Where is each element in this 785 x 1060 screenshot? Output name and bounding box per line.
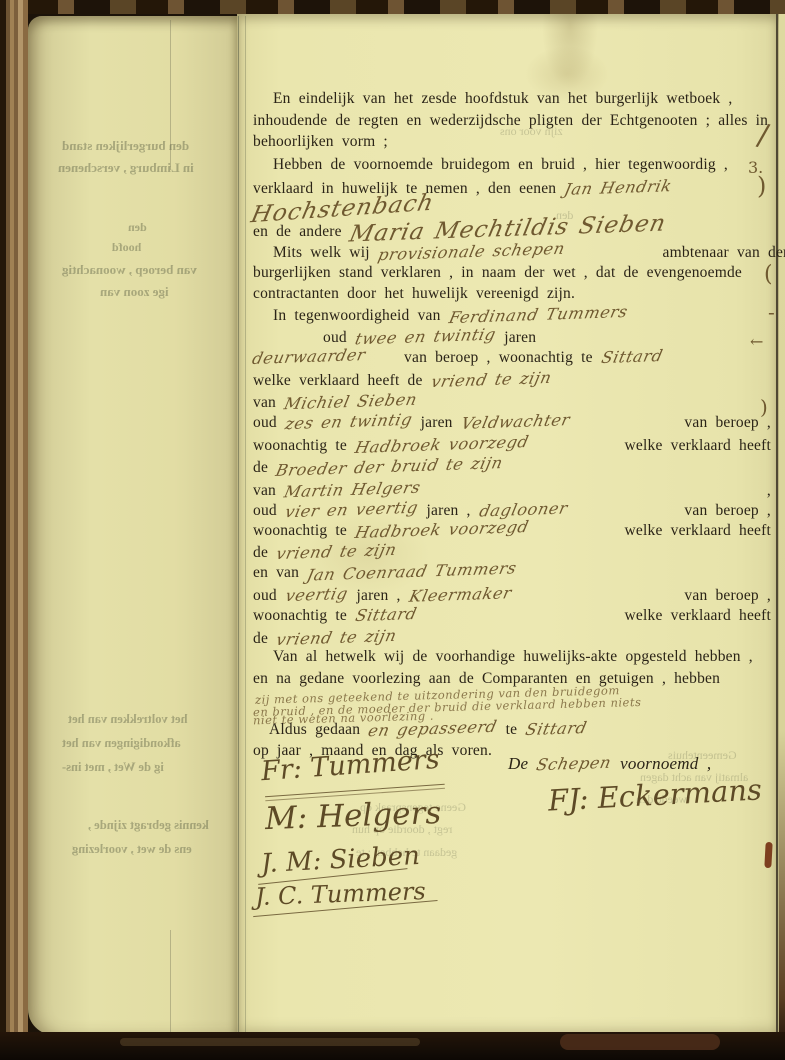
printed-text: jaren (421, 414, 453, 432)
printed-text: woonachtig te (253, 607, 347, 625)
document-line: de Broeder der bruid te zijn (253, 457, 771, 477)
document-line: Mits welk wij provisionale schepen ambte… (253, 242, 785, 262)
printed-text: welke verklaard heeft (625, 437, 771, 455)
printed-text: van (253, 482, 276, 500)
official-title-line: De Schepen voornoemd , (508, 754, 768, 774)
bleed-text: het voltrekken van het (68, 712, 188, 727)
handwritten-official-title: provisionale schepen (376, 239, 567, 264)
document-line: In tegenwoordigheid van Ferdinand Tummer… (253, 305, 785, 325)
document-line: welke verklaard heeft de vriend te zijn (253, 370, 771, 390)
printed-text: , (767, 482, 771, 500)
document-body: En eindelijk van het zesde hoofdstuk van… (253, 0, 771, 1060)
bleed-text: den (128, 220, 147, 235)
signature-helgers: M: Helgers (264, 795, 441, 837)
handwritten-relation: Broeder der bruid te zijn (274, 453, 505, 480)
printed-text: inhoudende de regten en wederzijdsche pl… (253, 112, 768, 130)
printed-text: van beroep , woonachtig te (404, 349, 593, 367)
printed-text: van (253, 394, 276, 412)
printed-text: oud (253, 502, 277, 520)
bleed-text: hoofd (112, 240, 141, 255)
handwritten-relation: vriend te zijn (275, 626, 399, 649)
printed-text: en na gedane voorlezing aan de Comparant… (253, 670, 720, 688)
printed-text: oud (323, 329, 347, 347)
bleed-text: van beroep , woonachtig (62, 262, 197, 278)
book-scan: den burgerlijken stand in Limburg , vers… (0, 0, 785, 1060)
document-line: de vriend te zijn (253, 628, 771, 648)
handwritten-witness1-age: twee en twintig (353, 325, 498, 349)
bleed-text: ige zoon van (100, 284, 169, 300)
document-line: behoorlijken vorm ; (253, 133, 771, 151)
handwritten-witness3-residence: Hadbroek voorzegd (353, 517, 531, 542)
handwritten-schepen: Schepen (535, 753, 614, 775)
document-line: inhoudende de regten en wederzijdsche pl… (253, 112, 771, 130)
document-line: Hebben de voornoemde bruidegom en bruid … (253, 156, 785, 174)
handwritten-witness1-residence: Sittard (599, 346, 664, 367)
printed-text: woonachtig te (253, 437, 347, 455)
handwritten-relation: vriend te zijn (429, 368, 553, 391)
signature-eckermans: FJ: Eckermans (547, 772, 762, 817)
bleed-text: ens de wet , voorlezing (72, 842, 192, 857)
printed-text: En eindelijk van het zesde hoofdstuk van… (273, 90, 732, 108)
document-line: en de andere Maria Mechtildis Sieben (253, 216, 771, 242)
printed-text: de (253, 544, 268, 562)
printed-text: welke verklaard heeft (625, 607, 771, 625)
document-line: woonachtig te Hadbroek voorzegd welke ve… (253, 520, 771, 540)
bleed-text: den burgerlijken stand (62, 138, 189, 154)
printed-text: de (253, 459, 268, 477)
book-bottom-edge (0, 1032, 785, 1060)
printed-text: oud (253, 414, 277, 432)
handwritten-witness1-occupation: deurwaarder (251, 345, 368, 368)
handwritten-witness1-name: Ferdinand Tummers (447, 302, 630, 327)
document-line: contractanten door het huwelijk vereenig… (253, 285, 771, 303)
printed-text: van beroep , (684, 587, 771, 605)
document-line: woonachtig te Hadbroek voorzegd welke ve… (253, 435, 771, 455)
document-line: van Martin Helgers , (253, 480, 771, 500)
printed-text: oud (253, 587, 277, 605)
gutter-rule-2 (245, 16, 246, 1036)
printed-text: jaren , (356, 587, 400, 605)
document-line: van Michiel Sieben (253, 392, 771, 412)
handwritten-witness4-name: Jan Coenraad Tummers (305, 558, 518, 584)
document-line: woonachtig te Sittard welke verklaard he… (253, 605, 771, 625)
printed-text: De (508, 754, 528, 774)
printed-text: woonachtig te (253, 522, 347, 540)
handwritten-witness4-residence: Sittard (354, 604, 419, 625)
printed-text: en de andere (253, 223, 342, 241)
handwritten-relation: vriend te zijn (275, 540, 399, 563)
printed-text: jaren , (427, 502, 471, 520)
handwritten-witness2-age: zes en twintig (283, 410, 414, 433)
page-crease-bottom (170, 930, 171, 1038)
handwritten-passed: en gepasseerd (367, 717, 500, 740)
handwritten-place: Sittard (524, 718, 589, 739)
bleed-text: ig de Wet , met ins- (62, 760, 164, 775)
closing-line: Aldus gedaan en gepasseerd te Sittard (253, 719, 785, 739)
handwritten-witness2-occupation: Veldwachter (459, 410, 572, 433)
document-line: en van Jan Coenraad Tummers (253, 562, 771, 582)
printed-text: In tegenwoordigheid van (273, 307, 441, 325)
bleed-text: afkondigingen van het (62, 736, 181, 751)
book-left-binding (0, 0, 28, 1060)
printed-text: Hebben de voornoemde bruidegom en bruid … (273, 156, 728, 174)
document-line: verklaard in huwelijk te nemen , den een… (253, 178, 771, 198)
printed-text: Van al hetwelk wij de voorhandige huweli… (273, 648, 753, 666)
document-line: oud twee en twintig jaren (253, 327, 785, 347)
printed-text: burgerlijken stand verklaren , in naam d… (253, 264, 742, 282)
handwritten-witness3-age: vier en veertig (283, 498, 420, 522)
printed-text: Mits welk wij (273, 244, 370, 262)
signature-jm-sieben: J. M: Sieben (260, 841, 420, 879)
printed-text: welke verklaard heeft de (253, 372, 423, 390)
document-line: oud veertig jaren , Kleermaker van beroe… (253, 585, 771, 605)
binding-patch (560, 1034, 720, 1050)
printed-text: de (253, 630, 268, 648)
document-line: En eindelijk van het zesde hoofdstuk van… (253, 90, 785, 108)
printed-text: contractanten door het huwelijk vereenig… (253, 285, 575, 303)
bleed-text: kennis gebragt zijnde , (88, 818, 209, 833)
bleed-text: in Limburg , verschenen (58, 160, 194, 176)
handwritten-witness4-occupation: Kleermaker (407, 583, 513, 606)
document-line: oud zes en twintig jaren Veldwachter van… (253, 412, 771, 432)
printed-text: van beroep , (684, 502, 771, 520)
document-line: Van al hetwelk wij de voorhandige huweli… (253, 648, 785, 666)
printed-text: jaren (504, 329, 536, 347)
printed-text: te (506, 721, 518, 739)
handwritten-witness4-age: veertig (284, 584, 350, 605)
gutter-rule-1 (238, 16, 239, 1036)
document-line: deurwaarder van beroep , woonachtig te S… (253, 347, 771, 367)
printed-text: behoorlijken vorm ; (253, 133, 388, 151)
printed-text: welke verklaard heeft (625, 522, 771, 540)
printed-text: en van (253, 564, 299, 582)
printed-text: voornoemd , (620, 754, 711, 774)
binding-patch (120, 1038, 420, 1046)
printed-text: van beroep , (684, 414, 771, 432)
printed-text: ambtenaar van den (663, 244, 785, 262)
printed-text: Aldus gedaan (269, 721, 360, 739)
document-line: burgerlijken stand verklaren , in naam d… (253, 264, 771, 282)
